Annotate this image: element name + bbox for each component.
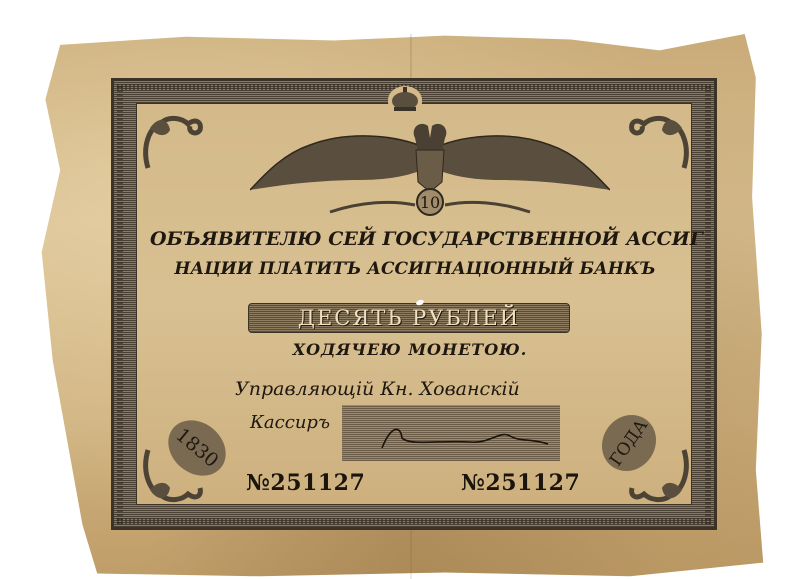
svg-text:10: 10 bbox=[420, 193, 440, 212]
corner-scroll-icon bbox=[140, 108, 210, 178]
cashier-label: Кассиръ bbox=[250, 412, 330, 433]
greek-key-border-bottom bbox=[117, 518, 711, 524]
manager-name: Кн. Хованскій bbox=[380, 378, 519, 400]
denomination-band: ДЕСЯТЬ РУБЛЕЙ bbox=[248, 303, 570, 333]
cashier-signature-icon bbox=[380, 418, 550, 454]
currency-line: ХОДЯЧЕЮ МОНЕТОЮ. bbox=[260, 340, 560, 359]
promise-text-line-1: ОБЪЯВИТЕЛЮ СЕЙ ГОСУДАРСТВЕННОЙ АССИГ bbox=[150, 228, 660, 250]
greek-key-border-left bbox=[117, 84, 123, 524]
double-headed-eagle-icon: 10 bbox=[250, 110, 610, 220]
manager-signature-line: Управляющій Кн. Хованскій bbox=[235, 378, 520, 400]
serial-number-left: №251127 bbox=[246, 470, 365, 496]
promise-text-line-2: НАЦИИ ПЛАТИТЪ АССИГНАЦІОННЫЙ БАНКЪ bbox=[165, 259, 665, 279]
greek-key-border-right bbox=[705, 84, 711, 524]
denomination-text: ДЕСЯТЬ РУБЛЕЙ bbox=[249, 304, 569, 332]
manager-label: Управляющій bbox=[235, 378, 374, 400]
corner-scroll-icon bbox=[622, 108, 692, 178]
serial-number-right: №251127 bbox=[461, 470, 580, 496]
